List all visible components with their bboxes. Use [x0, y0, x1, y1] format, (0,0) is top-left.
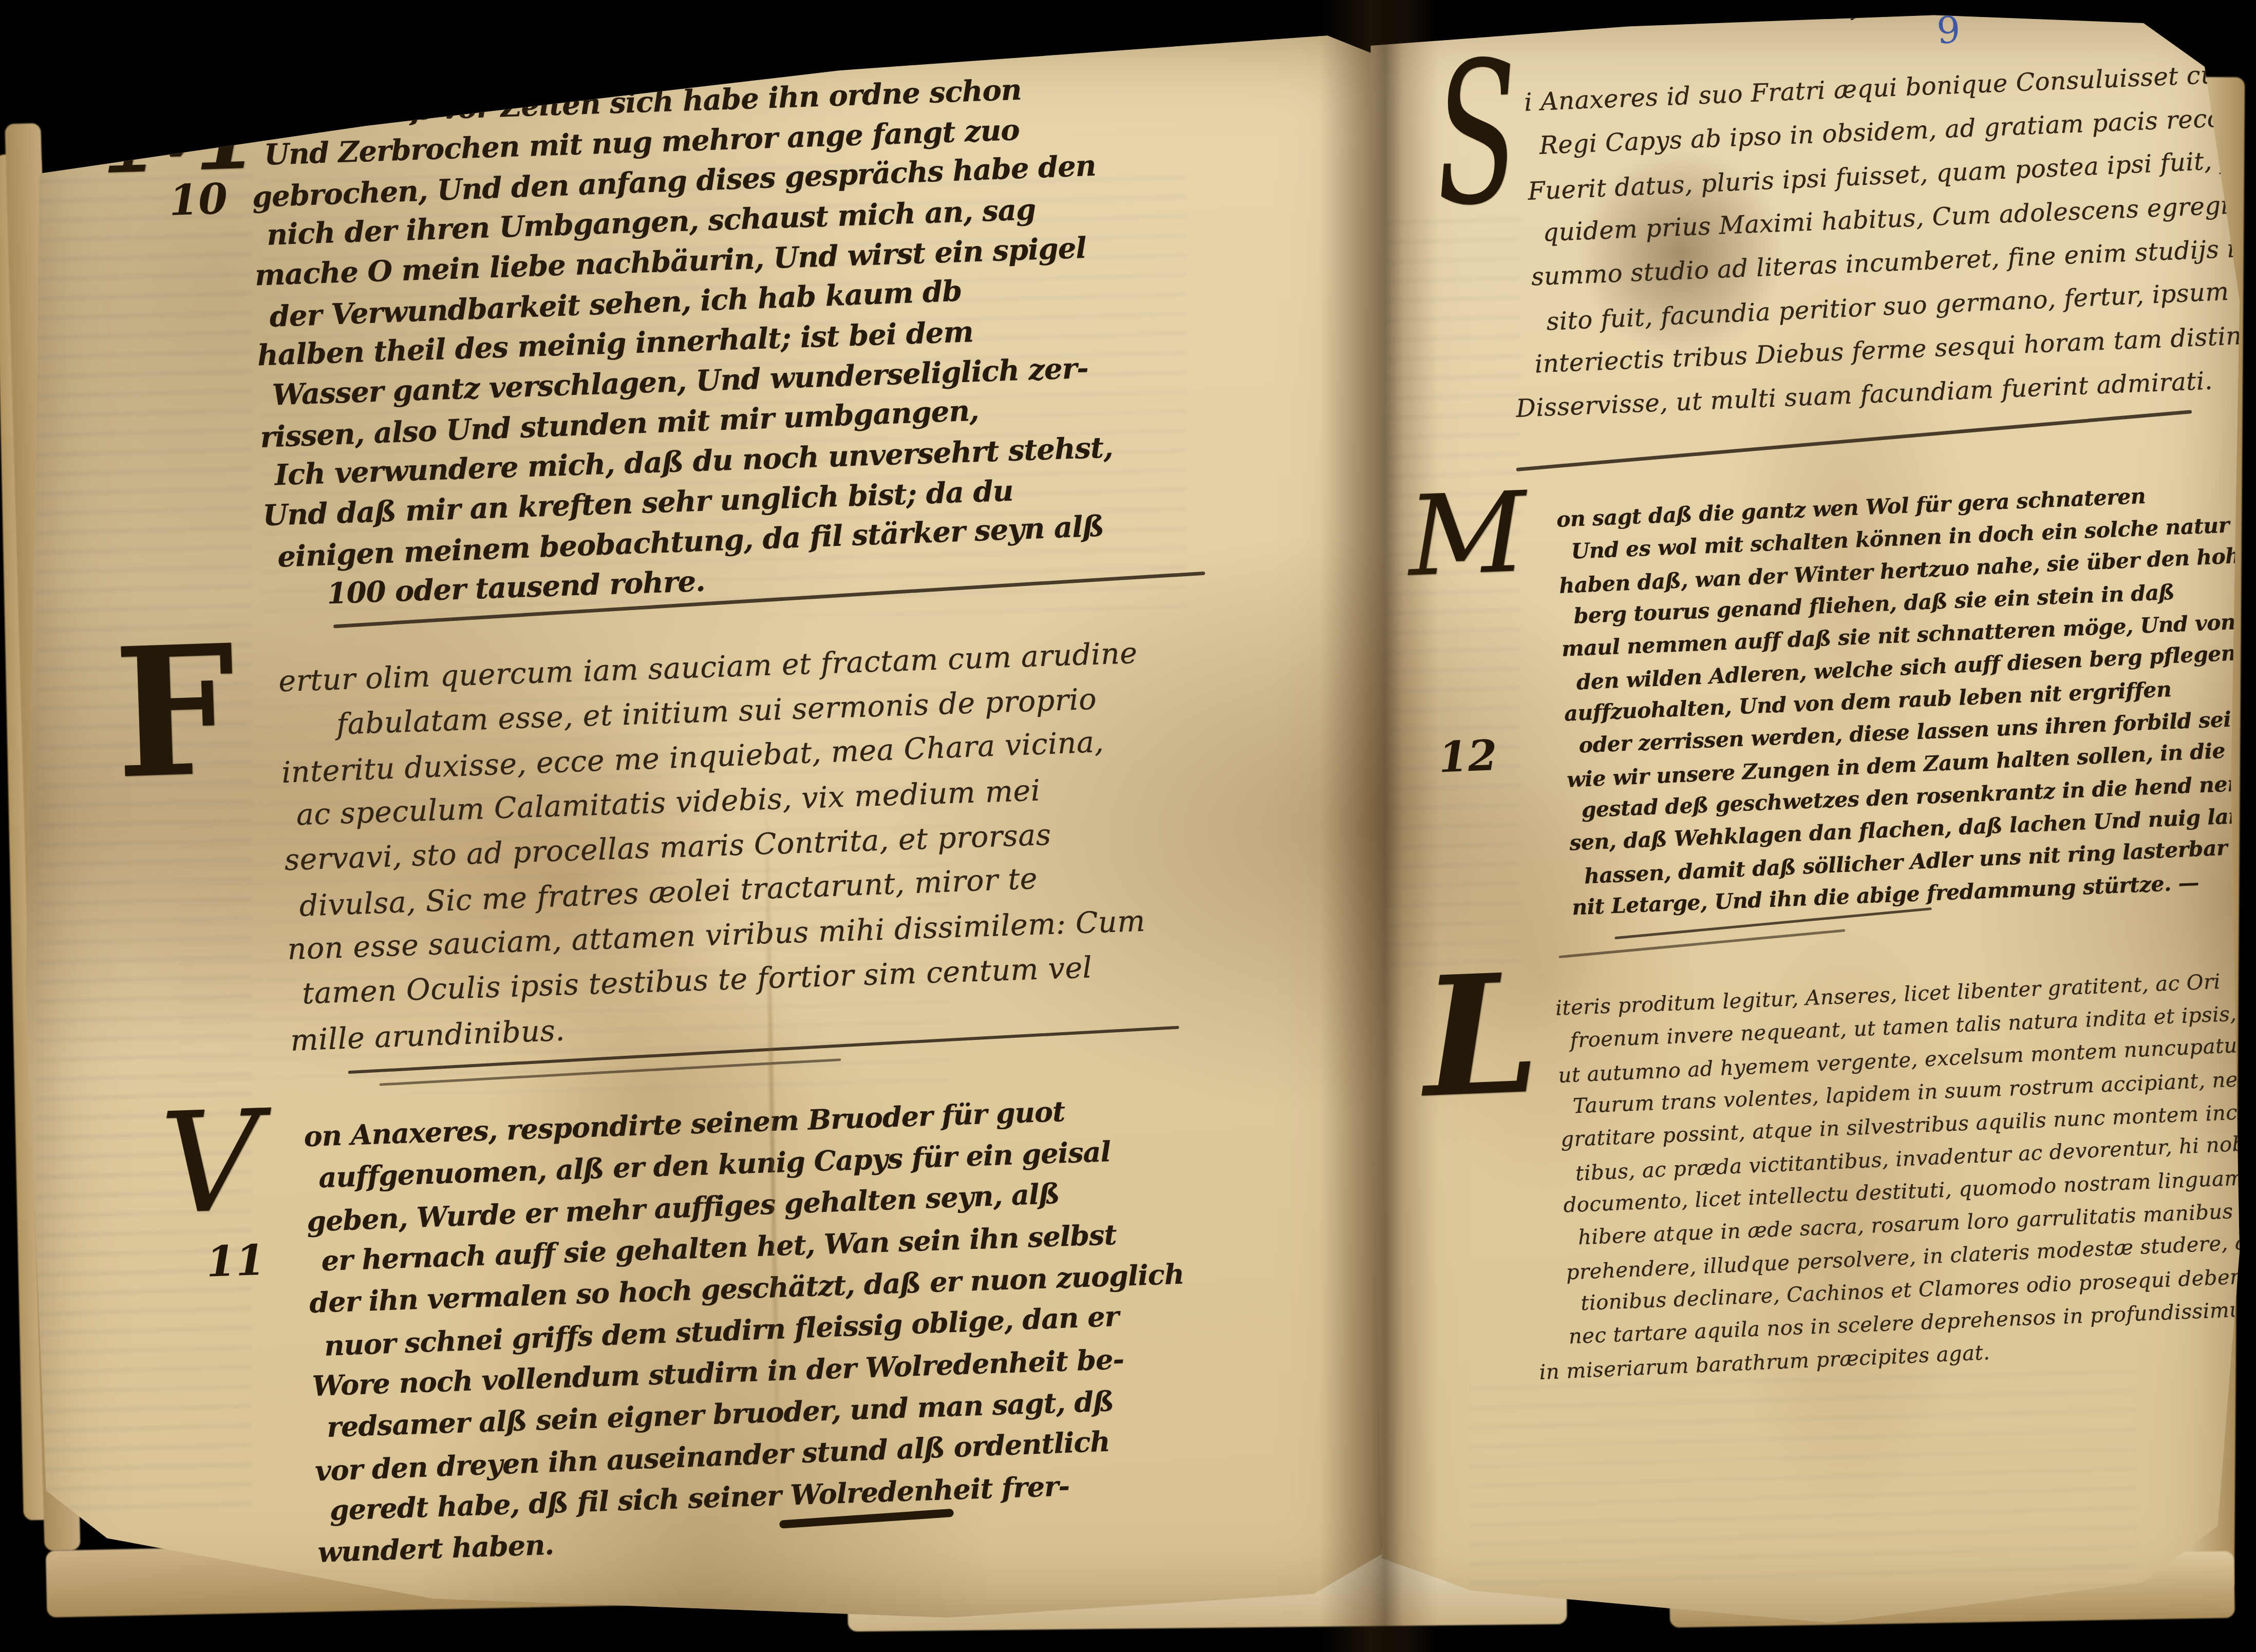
initial-letter: F: [112, 621, 238, 803]
flourish-ornament: [1849, 3, 1937, 25]
manuscript-photo: M 10 an sagt daß vor Zeiten sich habe ih…: [0, 0, 2256, 1652]
margin-number: 12: [1438, 731, 1498, 783]
german-paragraph-top: an sagt daß vor Zeiten sich habe ihn ord…: [249, 67, 1117, 616]
latin-paragraph-anaxeres: i Anaxeres id suo Fratri æqui bonique Co…: [1524, 48, 2256, 430]
initial-letter: S: [1432, 35, 1522, 233]
initial-letter: M: [107, 59, 262, 193]
left-page: M 10 an sagt daß vor Zeiten sich habe ih…: [26, 31, 1382, 1618]
latin-paragraph-oak-and-reed: ertur olim quercum iam sauciam et fracta…: [278, 631, 1150, 1061]
initial-letter: V: [159, 1092, 264, 1233]
right-page: 9 S i Anaxeres id suo Fratri æqui boniqu…: [1366, 10, 2240, 1623]
german-paragraph-anaxeres: on Anaxeres, respondirte seinem Bruoder …: [303, 1087, 1193, 1573]
divider-rule: [1558, 929, 1845, 958]
flourish-ornament: [699, 14, 802, 39]
margin-number: 10: [168, 174, 229, 225]
margin-number: 11: [205, 1236, 266, 1287]
latin-paragraph-geese: iteris proditum legitur, Anseres, licet …: [1555, 961, 2256, 1386]
german-paragraph-geese: on sagt daß die gantz wen Wol für gera s…: [1556, 474, 2256, 924]
folio-number: 9: [1936, 8, 1961, 52]
initial-letter: M: [1405, 477, 1529, 592]
initial-letter: L: [1420, 952, 1542, 1121]
